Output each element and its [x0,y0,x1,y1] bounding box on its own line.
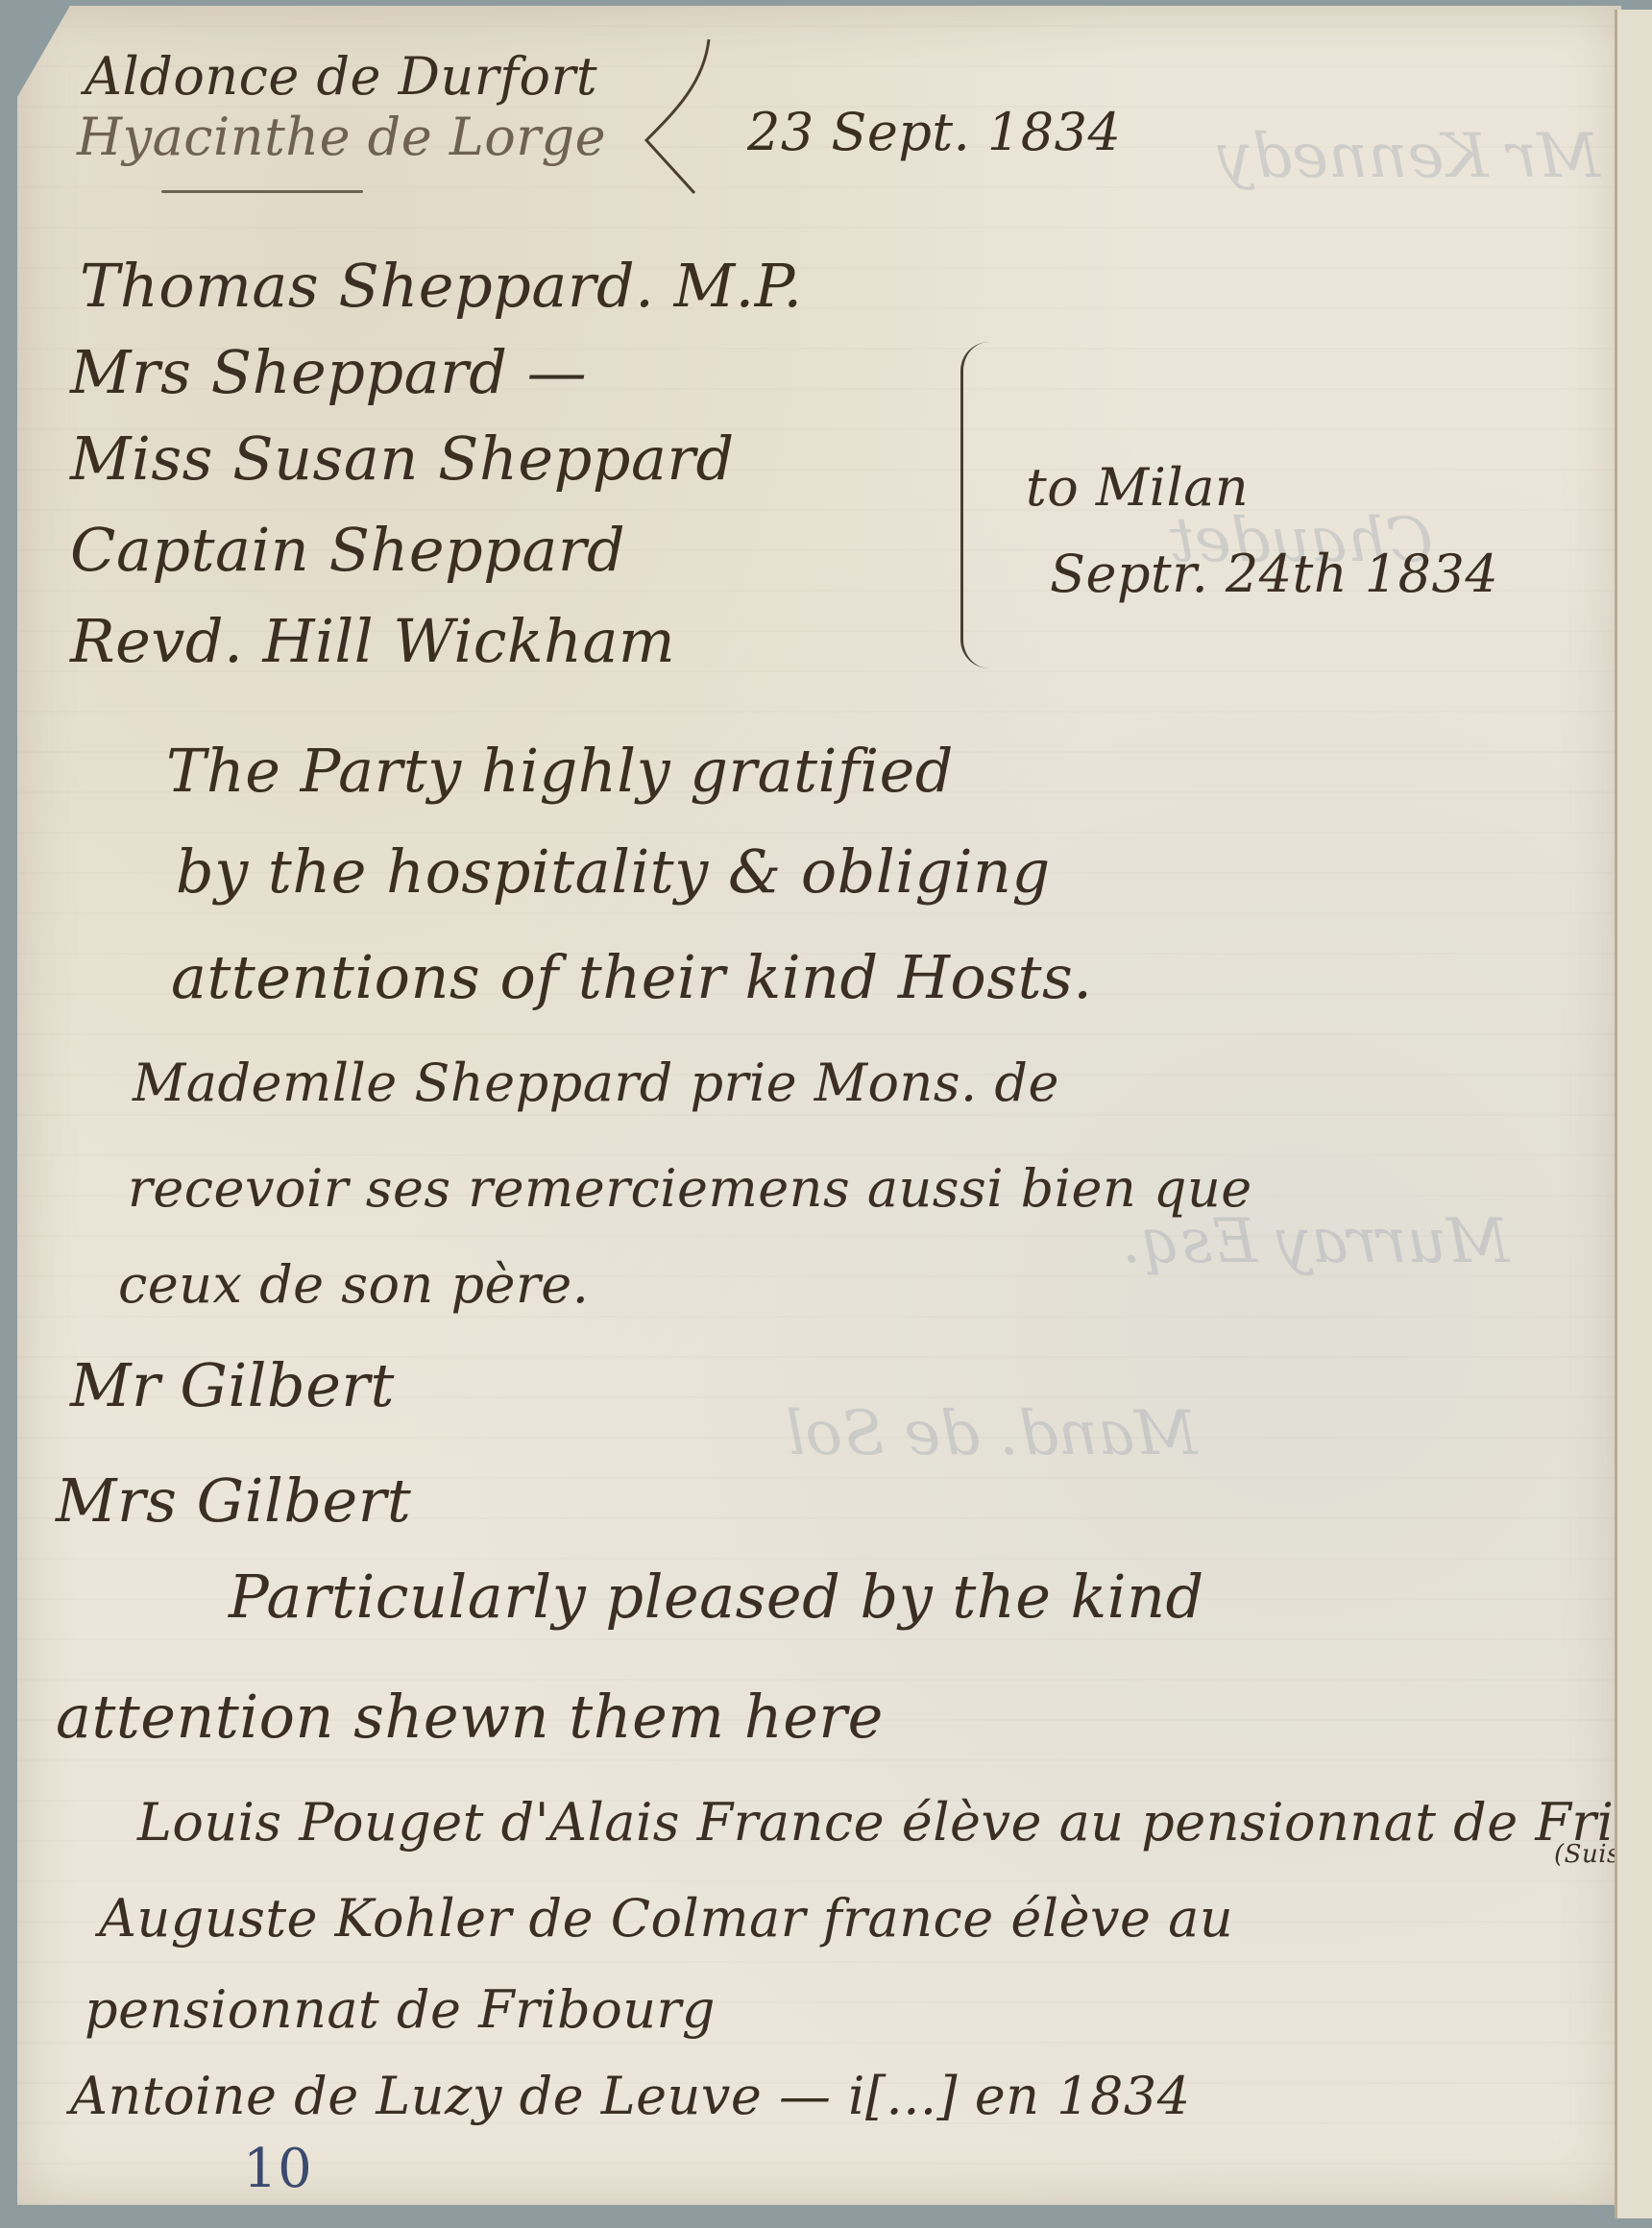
remark-line: attentions of their kind Hosts. [171,942,1093,1012]
signature-durfort: Aldonce de Durfort [85,46,597,107]
party-name: Revd. Hill Wickham [70,606,675,676]
student-entry: Antoine de Luzy de Leuve — i[...] en 183… [70,2066,1191,2126]
remark-line: by the hospitality & obliging [176,836,1051,907]
french-remark-line: Mademlle Sheppard prie Mons. de [133,1053,1059,1113]
book-spine-edge [1615,10,1652,2218]
signature-lorge: Hyacinthe de Lorge [77,107,606,167]
bleed-through-text: Mand. de Sol [786,1398,1198,1469]
party-destination: to Milan [1026,457,1249,518]
french-remark-line: ceux de son père. [118,1254,589,1315]
remark-line: The Party highly gratified [166,736,954,806]
student-entry: Auguste Kohler de Colmar france élève au [99,1888,1233,1949]
brace-glyph [960,342,1002,668]
header-date: 23 Sept. 1834 [747,102,1121,162]
bracket-glyph [637,35,723,198]
gilbert-name: Mrs Gilbert [56,1465,411,1536]
party-name: Captain Sheppard [70,515,625,585]
gilbert-name: Mr Gilbert [70,1350,395,1420]
gilbert-remark: Particularly pleased by the kind [229,1562,1204,1632]
party-name: Mrs Sheppard — [70,337,587,407]
page-number: 10 [243,2138,312,2200]
gilbert-remark: attention shewn them here [56,1682,884,1752]
party-date: Septr. 24th 1834 [1050,544,1498,604]
manuscript-page: Mr Kennedy Chaudet Murray Esq. Mand. de … [17,6,1621,2205]
bleed-through-text: Mr Kennedy [1218,121,1600,192]
student-entry: pensionnat de Fribourg [85,1979,716,2040]
signature-underline [161,190,363,193]
french-remark-line: recevoir ses remerciemens aussi bien que [128,1158,1252,1219]
party-name: Miss Susan Sheppard [70,424,735,494]
party-name: Thomas Sheppard. M.P. [80,251,803,321]
student-entry: Louis Pouget d'Alais France élève au pen… [137,1792,1652,1853]
